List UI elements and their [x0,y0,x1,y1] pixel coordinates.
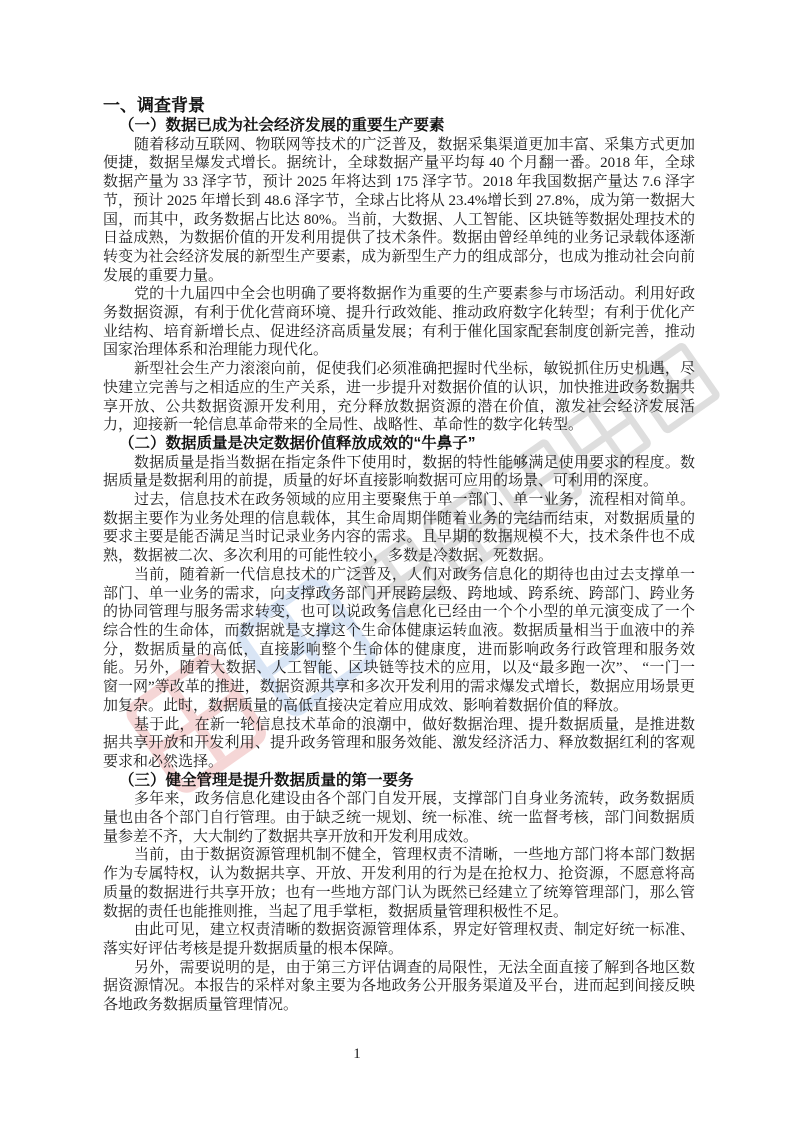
document-body: 一、调查背景 （一）数据已成为社会经济发展的重要生产要素 随着移动互联网、物联网… [103,95,695,1015]
section-3-paragraph-4: 另外，需要说明的是，由于第三方评估调查的局限性，无法全面直接了解到各地区数据资源… [103,959,695,1015]
section-3-paragraph-2: 当前，由于数据资源管理机制不健全，管理权责不清晰，一些地方部门将本部门数据作为专… [103,846,695,921]
section-1-paragraph-2: 党的十九届四中全会也明确了要将数据作为重要的生产要素参与市场活动。利用好政务数据… [103,285,695,360]
section-2-title: （二）数据质量是决定数据价值释放成效的“牛鼻子” [103,435,695,454]
section-2-paragraph-2: 过去，信息技术在政务领域的应用主要聚焦于单一部门、单一业务，流程相对简单。数据主… [103,491,695,566]
section-3-title: （三）健全管理是提升数据质量的第一要务 [103,772,695,791]
section-1-title: （一）数据已成为社会经济发展的重要生产要素 [103,117,695,136]
section-1-paragraph-3: 新型社会生产力滚滚向前，促使我们必须准确把握时代坐标，敏锐抓住历史机遇，尽快建立… [103,360,695,435]
page-number: 1 [61,1046,653,1063]
section-3-paragraph-3: 由此可见，建立权责清晰的数据资源管理体系，界定好管理权责、制定好统一标准、落实好… [103,921,695,958]
section-2-paragraph-1: 数据质量是指当数据在指定条件下使用时，数据的特性能够满足使用要求的程度。数据质量… [103,454,695,491]
document-page: 一、调查背景 （一）数据已成为社会经济发展的重要生产要素 随着移动互联网、物联网… [0,0,793,1122]
section-1-paragraph-1: 随着移动互联网、物联网等技术的广泛普及，数据采集渠道更加丰富、采集方式更加便捷，… [103,136,695,286]
section-2-paragraph-4: 基于此，在新一轮信息技术革命的浪潮中，做好数据治理、提升数据质量，是推进数据共享… [103,716,695,772]
page-title: 一、调查背景 [103,95,695,116]
section-2-paragraph-3: 当前，随着新一代信息技术的广泛普及，人们对政务信息化的期待也由过去支撑单一部门、… [103,566,695,716]
section-3-paragraph-1: 多年来，政务信息化建设由各个部门自发开展，支撑部门自身业务流转，政务数据质量也由… [103,790,695,846]
